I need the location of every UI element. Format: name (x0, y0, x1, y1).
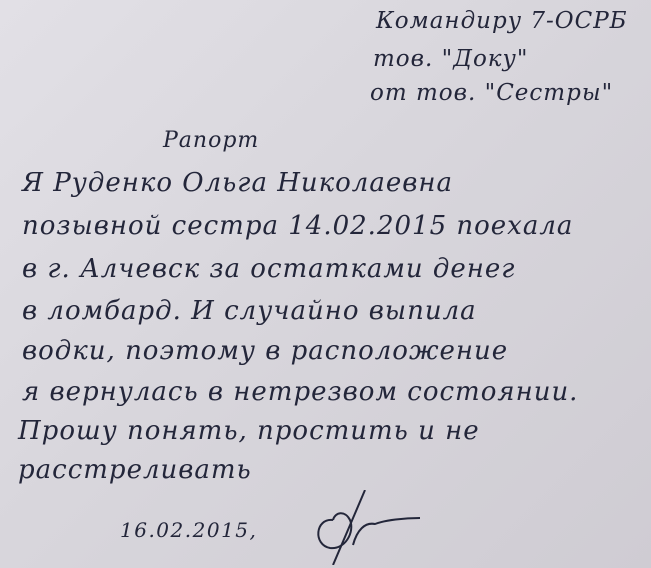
body-line: в ломбард. И случайно выпила (22, 296, 477, 326)
document-title: Рапорт (163, 128, 259, 153)
addressee-line-3: от тов. "Сестры" (370, 80, 613, 106)
body-line: водки, поэтому в расположение (22, 336, 508, 366)
body-line: Прошу понять, простить и не (18, 416, 480, 446)
signature-icon (305, 490, 425, 565)
addressee-line-2: тов. "Доку" (373, 46, 528, 72)
addressee-line-1: Командиру 7-ОСРБ (376, 8, 628, 34)
body-line: расстреливать (18, 455, 252, 485)
body-line: Я Руденко Ольга Николаевна (22, 168, 453, 198)
body-line: я вернулась в нетрезвом состоянии. (22, 377, 578, 407)
document-date: 16.02.2015, (120, 518, 257, 542)
body-line: позывной сестра 14.02.2015 поехала (22, 211, 573, 241)
body-line: в г. Алчевск за остатками денег (22, 254, 515, 284)
